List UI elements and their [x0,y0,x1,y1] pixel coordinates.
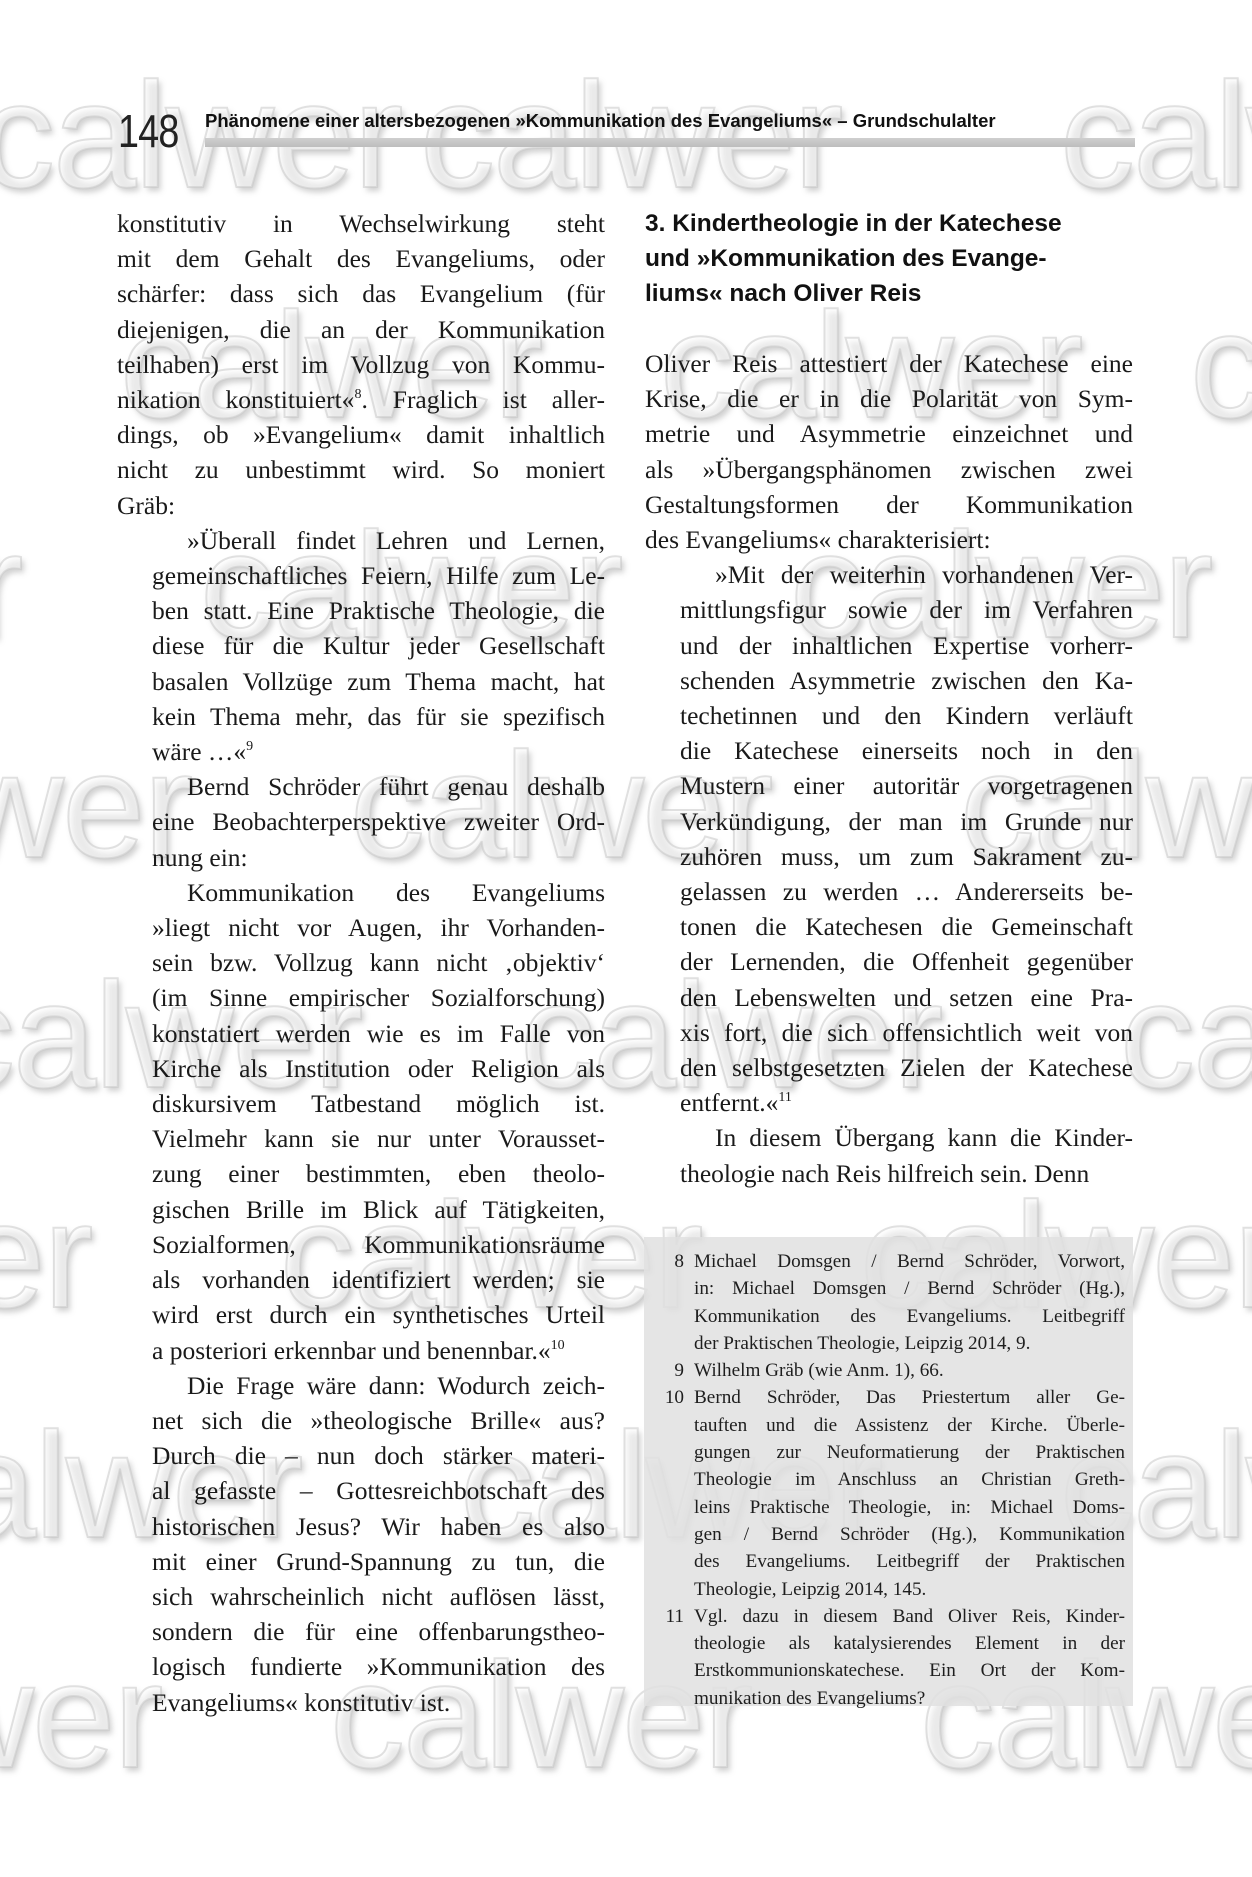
footnote-line: munikation des Evangeliums? [694,1685,1125,1712]
footnote-number: 10 [644,1384,694,1602]
line-text: und der inhaltlichen Expertise vorherr- [680,631,1133,660]
text-line: zuhören muss, um zum Sakrament zu- [645,839,1133,874]
footnote: 10Bernd Schröder, Das Priestertum aller … [644,1384,1125,1602]
footnote-line: theologie als katalysierendes Element in… [694,1630,1125,1657]
line-text: Krise, die er in die Polarität von Sym- [645,384,1133,413]
line-text: ben statt. Eine Praktische Theologie, di… [152,596,605,625]
text-line: In diesem Übergang kann die Kinder- [645,1120,1133,1155]
line-text: kein Thema mehr, das für sie spezifisch [152,702,605,731]
footnote-number: 8 [644,1248,694,1357]
line-text: des Evangeliums« charakterisiert: [645,525,991,554]
line-text: theologie nach Reis hilfreich sein. Denn [680,1159,1089,1188]
text-line: Bernd Schröder führt genau deshalb [117,769,605,804]
line-text: Kommunikation des Evangeliums [187,878,605,907]
footnote-ref: 9 [246,739,253,754]
footnote: 9Wilhelm Gräb (wie Anm. 1), 66. [644,1357,1125,1384]
line-text: . Fraglich ist aller- [361,385,605,414]
paragraph: Kommunikation des Evangeliums»liegt nich… [117,875,605,1368]
text-line: schärfer: dass sich das Evangelium (für [117,276,605,311]
text-line: net sich die »theologische Brille« aus? [117,1403,605,1438]
footnote-line: Bernd Schröder, Das Priestertum aller Ge… [694,1384,1125,1411]
line-text: nicht zu unbestimmt wird. So moniert [117,455,605,484]
line-text: mittlungsfigur sowie der im Verfahren [680,595,1133,624]
text-line: des Evangeliums« charakterisiert: [645,522,1133,557]
text-line: »liegt nicht vor Augen, ihr Vorhanden- [117,910,605,945]
line-text: Durch die – nun doch stärker materi- [152,1441,605,1470]
text-line: xis fort, die sich offensichtlich weit v… [645,1015,1133,1050]
line-text: sondern die für eine offenbarungstheo- [152,1617,605,1646]
line-text: wird erst durch ein synthetisches Urteil [152,1300,605,1329]
text-line: Mustern einer autoritär vorgetragenen [645,768,1133,803]
paragraph: Oliver Reis attestiert der Katechese ein… [645,346,1133,557]
footnote-line: gungen zur Neuformatierung der Praktisch… [694,1439,1125,1466]
line-text: dings, ob »Evangelium« damit inhaltlich [117,420,605,449]
text-line: tonen die Katechesen die Gemeinschaft [645,909,1133,944]
heading-line: 3. Kindertheologie in der Katechese [645,206,1133,241]
line-text: Verkündigung, der man im Grunde nur [680,807,1133,836]
line-text: gischen Brille im Blick auf Tätigkeiten, [152,1195,605,1224]
line-text: Evangeliums« konstitutiv ist. [152,1688,450,1717]
line-text: diejenigen, die an der Kommunikation [117,315,605,344]
line-text: techetinnen und den Kindern verläuft [680,701,1133,730]
line-text: logisch fundierte »Kommunikation des [152,1652,605,1681]
line-text: metrie und Asymmetrie einzeichnet und [645,419,1133,448]
text-line: diejenigen, die an der Kommunikation [117,312,605,347]
text-line: konstitutiv in Wechselwirkung steht [117,206,605,241]
page-number: 148 [118,104,178,158]
line-text: Gräb: [117,491,175,520]
text-line: a posteriori erkennbar und benennbar.«10 [117,1333,605,1368]
text-line: nung ein: [117,840,605,875]
line-text: den selbstgesetzten Zielen der Katechese [680,1053,1133,1082]
text-line: Kommunikation des Evangeliums [117,875,605,910]
paragraph: Die Frage wäre dann: Wodurch zeich-net s… [117,1368,605,1720]
line-text: gemeinschaftliches Feiern, Hilfe zum Le- [152,561,605,590]
text-line: Verkündigung, der man im Grunde nur [645,804,1133,839]
text-line: gischen Brille im Blick auf Tätigkeiten, [117,1192,605,1227]
running-title: Phänomene einer altersbezogenen »Kommuni… [205,110,996,132]
line-text: net sich die »theologische Brille« aus? [152,1406,605,1435]
footnote-line: Theologie, Leipzig 2014, 145. [694,1576,1125,1603]
line-text: zuhören muss, um zum Sakrament zu- [680,842,1133,871]
text-line: Durch die – nun doch stärker materi- [117,1438,605,1473]
text-line: teilhaben) erst im Vollzug von Kommu- [117,347,605,382]
line-text: zung einer bestimmten, eben theolo- [152,1159,605,1188]
line-text: als vorhanden identifiziert werden; sie [152,1265,605,1294]
line-text: nikation konstituiert« [117,385,354,414]
text-line: Krise, die er in die Polarität von Sym- [645,381,1133,416]
text-line: mittlungsfigur sowie der im Verfahren [645,592,1133,627]
footnote-line: Wilhelm Gräb (wie Anm. 1), 66. [694,1357,1125,1384]
line-text: entfernt.« [680,1088,778,1117]
footnote-line: Vgl. dazu in diesem Band Oliver Reis, Ki… [694,1603,1125,1630]
footnote-line: Michael Domsgen / Bernd Schröder, Vorwor… [694,1248,1125,1275]
text-line: theologie nach Reis hilfreich sein. Denn [645,1156,1133,1191]
line-text: die Katechese einerseits noch in den [680,736,1133,765]
text-line: den Lebenswelten und setzen eine Pra- [645,980,1133,1015]
text-line: der Lernenden, die Offenheit gegenüber [645,944,1133,979]
text-line: als vorhanden identifiziert werden; sie [117,1262,605,1297]
text-line: al gefasste – Gottesreichbotschaft des [117,1473,605,1508]
text-line: als »Übergangsphänomen zwischen zwei [645,452,1133,487]
line-text: diskursivem Tatbestand möglich ist. [152,1089,605,1118]
text-line: diese für die Kultur jeder Gesellschaft [117,628,605,663]
text-line: nikation konstituiert«8. Fraglich ist al… [117,382,605,417]
text-line: wäre …«9 [117,734,605,769]
text-line: Kirche als Institution oder Religion als [117,1051,605,1086]
footnote-line: Erstkommunionskatechese. Ein Ort der Kom… [694,1657,1125,1684]
text-line: basalen Vollzüge zum Thema macht, hat [117,664,605,699]
text-line: konstatiert werden wie es im Falle von [117,1016,605,1051]
line-text: sich wahrscheinlich nicht auflösen lässt… [152,1582,605,1611]
text-line: und der inhaltlichen Expertise vorherr- [645,628,1133,663]
right-column: 3. Kindertheologie in der Katecheseund »… [645,206,1133,1191]
line-text: xis fort, die sich offensichtlich weit v… [680,1018,1133,1047]
text-line: gelassen zu werden … Andererseits be- [645,874,1133,909]
text-line: historischen Jesus? Wir haben es also [117,1509,605,1544]
text-line: Vielmehr kann sie nur unter Vorausset- [117,1121,605,1156]
footnote-line: tauften und die Assistenz der Kirche. Üb… [694,1412,1125,1439]
text-line: Gräb: [117,488,605,523]
footnote: 11Vgl. dazu in diesem Band Oliver Reis, … [644,1603,1125,1712]
line-text: Die Frage wäre dann: Wodurch zeich- [187,1371,605,1400]
text-line: den selbstgesetzten Zielen der Katechese [645,1050,1133,1085]
line-text: eine Beobachterperspektive zweiter Ord- [152,807,605,836]
left-column: konstitutiv in Wechselwirkung stehtmit d… [117,206,605,1720]
footnote-ref: 11 [778,1090,791,1105]
line-text: schärfer: dass sich das Evangelium (für [117,279,605,308]
line-text: historischen Jesus? Wir haben es also [152,1512,605,1541]
line-text: wäre …« [152,737,246,766]
text-line: »Mit der weiterhin vorhandenen Ver- [645,557,1133,592]
line-text: a posteriori erkennbar und benennbar.« [152,1336,551,1365]
line-text: gelassen zu werden … Andererseits be- [680,877,1133,906]
text-line: Die Frage wäre dann: Wodurch zeich- [117,1368,605,1403]
line-text: teilhaben) erst im Vollzug von Kommu- [117,350,605,379]
header-rule [205,138,1135,147]
text-line: sich wahrscheinlich nicht auflösen lässt… [117,1579,605,1614]
text-line: eine Beobachterperspektive zweiter Ord- [117,804,605,839]
text-line: nicht zu unbestimmt wird. So moniert [117,452,605,487]
text-line: Evangeliums« konstitutiv ist. [117,1685,605,1720]
line-text: als »Übergangsphänomen zwischen zwei [645,455,1133,484]
paragraph: »Mit der weiterhin vorhandenen Ver-mittl… [645,557,1133,1120]
footnote-line: in: Michael Domsgen / Bernd Schröder (Hg… [694,1275,1125,1302]
footnote-number: 9 [644,1357,694,1384]
line-text: In diesem Übergang kann die Kinder- [715,1123,1133,1152]
text-line: entfernt.«11 [645,1085,1133,1120]
text-line: Gestaltungsformen der Kommunikation [645,487,1133,522]
line-text: der Lernenden, die Offenheit gegenüber [680,947,1133,976]
line-text: »liegt nicht vor Augen, ihr Vorhanden- [152,913,605,942]
text-line: »Überall findet Lehren und Lernen, [117,523,605,558]
heading-line: und »Kommunikation des Evange- [645,241,1133,276]
text-line: gemeinschaftliches Feiern, Hilfe zum Le- [117,558,605,593]
line-text: tonen die Katechesen die Gemeinschaft [680,912,1133,941]
line-text: sein bzw. Vollzug kann nicht ‚objektiv‘ [152,948,605,977]
right-column-body: Oliver Reis attestiert der Katechese ein… [645,346,1133,1191]
footnote-text: Michael Domsgen / Bernd Schröder, Vorwor… [694,1248,1125,1357]
line-text: den Lebenswelten und setzen eine Pra- [680,983,1133,1012]
line-text: al gefasste – Gottesreichbotschaft des [152,1476,605,1505]
text-line: Sozialformen, Kommunikationsräume [117,1227,605,1262]
footnotes-box: 8Michael Domsgen / Bernd Schröder, Vorwo… [644,1237,1133,1706]
footnote-line: Kommunikation des Evangeliums. Leitbegri… [694,1303,1125,1330]
text-line: kein Thema mehr, das für sie spezifisch [117,699,605,734]
footnote-line: des Evangeliums. Leitbegriff der Praktis… [694,1548,1125,1575]
footnote-text: Vgl. dazu in diesem Band Oliver Reis, Ki… [694,1603,1125,1712]
footnote-line: gen / Bernd Schröder (Hg.), Kommunikatio… [694,1521,1125,1548]
paragraph: konstitutiv in Wechselwirkung stehtmit d… [117,206,605,523]
section-heading: 3. Kindertheologie in der Katecheseund »… [645,206,1133,311]
text-line: techetinnen und den Kindern verläuft [645,698,1133,733]
heading-line: liums« nach Oliver Reis [645,276,1133,311]
text-line: sondern die für eine offenbarungstheo- [117,1614,605,1649]
text-line: (im Sinne empirischer Sozialforschung) [117,980,605,1015]
text-line: zung einer bestimmten, eben theolo- [117,1156,605,1191]
line-text: schenden Asymmetrie zwischen den Ka- [680,666,1133,695]
line-text: Vielmehr kann sie nur unter Vorausset- [152,1124,605,1153]
text-line: sein bzw. Vollzug kann nicht ‚objektiv‘ [117,945,605,980]
paragraph: Bernd Schröder führt genau deshalbeine B… [117,769,605,875]
line-text: Oliver Reis attestiert der Katechese ein… [645,349,1133,378]
paragraph: In diesem Übergang kann die Kinder-theol… [645,1120,1133,1190]
line-text: mit dem Gehalt des Evangeliums, oder [117,244,605,273]
text-line: diskursivem Tatbestand möglich ist. [117,1086,605,1121]
text-line: ben statt. Eine Praktische Theologie, di… [117,593,605,628]
line-text: Kirche als Institution oder Religion als [152,1054,605,1083]
text-line: logisch fundierte »Kommunikation des [117,1649,605,1684]
line-text: Bernd Schröder führt genau deshalb [187,772,605,801]
text-line: mit einer Grund-Spannung zu tun, die [117,1544,605,1579]
footnote-line: der Praktischen Theologie, Leipzig 2014,… [694,1330,1125,1357]
line-text: konstitutiv in Wechselwirkung steht [117,209,605,238]
text-line: wird erst durch ein synthetisches Urteil [117,1297,605,1332]
text-line: mit dem Gehalt des Evangeliums, oder [117,241,605,276]
line-text: nung ein: [152,843,248,872]
line-text: Sozialformen, Kommunikationsräume [152,1230,605,1259]
footnote-ref: 10 [551,1338,565,1353]
line-text: »Mit der weiterhin vorhandenen Ver- [715,560,1133,589]
paragraph: »Überall findet Lehren und Lernen,gemein… [117,523,605,769]
line-text: »Überall findet Lehren und Lernen, [187,526,605,555]
text-line: dings, ob »Evangelium« damit inhaltlich [117,417,605,452]
line-text: (im Sinne empirischer Sozialforschung) [152,983,605,1012]
page: 148 Phänomene einer altersbezogenen »Kom… [0,0,1252,1877]
footnote: 8Michael Domsgen / Bernd Schröder, Vorwo… [644,1248,1125,1357]
footnote-text: Bernd Schröder, Das Priestertum aller Ge… [694,1384,1125,1602]
line-text: basalen Vollzüge zum Thema macht, hat [152,667,605,696]
text-line: schenden Asymmetrie zwischen den Ka- [645,663,1133,698]
line-text: konstatiert werden wie es im Falle von [152,1019,605,1048]
text-line: metrie und Asymmetrie einzeichnet und [645,416,1133,451]
footnote-line: Theologie im Anschluss an Christian Gret… [694,1466,1125,1493]
line-text: diese für die Kultur jeder Gesellschaft [152,631,605,660]
footnote-number: 11 [644,1603,694,1712]
footnote-text: Wilhelm Gräb (wie Anm. 1), 66. [694,1357,1125,1384]
footnote-line: leins Praktische Theologie, in: Michael … [694,1494,1125,1521]
line-text: Mustern einer autoritär vorgetragenen [680,771,1133,800]
text-line: die Katechese einerseits noch in den [645,733,1133,768]
line-text: mit einer Grund-Spannung zu tun, die [152,1547,605,1576]
line-text: Gestaltungsformen der Kommunikation [645,490,1133,519]
text-line: Oliver Reis attestiert der Katechese ein… [645,346,1133,381]
